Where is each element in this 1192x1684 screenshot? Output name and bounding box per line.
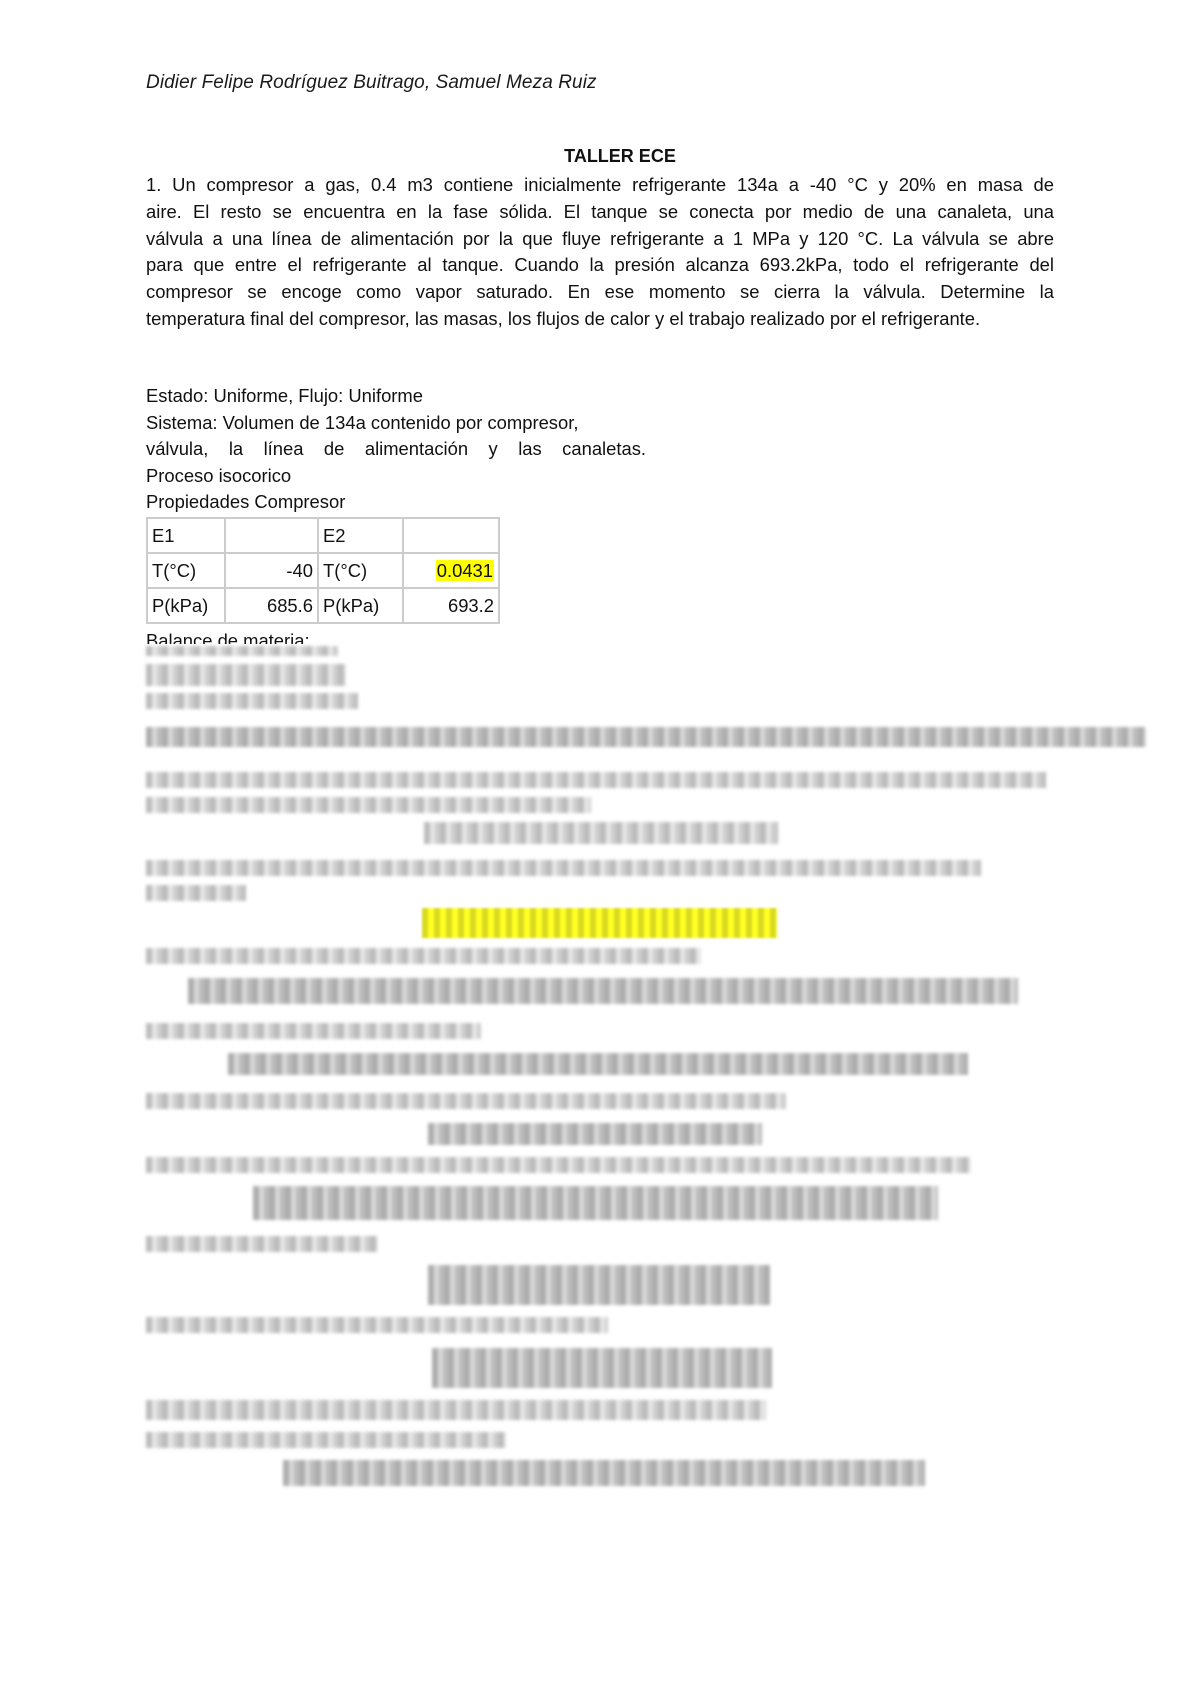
redacted-line bbox=[146, 797, 591, 813]
redacted-equation bbox=[428, 1123, 762, 1145]
analysis-assumptions: Estado: Uniforme, Flujo: Uniforme Sistem… bbox=[146, 383, 646, 516]
redacted-line bbox=[146, 1157, 971, 1173]
redacted-equation bbox=[253, 1186, 938, 1220]
highlighted-final-temperature: 0.0431 bbox=[436, 560, 494, 581]
authors-line: Didier Felipe Rodríguez Buitrago, Samuel… bbox=[146, 72, 597, 94]
redacted-equation bbox=[428, 1265, 770, 1305]
redacted-line bbox=[146, 693, 358, 709]
table-cell: 0.0431 bbox=[403, 553, 499, 588]
redacted-line bbox=[146, 646, 338, 656]
problem-statement: 1. Un compresor a gas, 0.4 m3 contiene i… bbox=[146, 172, 1054, 333]
table-cell: -40 bbox=[225, 553, 318, 588]
redacted-line bbox=[146, 885, 246, 901]
redacted-line bbox=[146, 1400, 766, 1420]
redacted-equation bbox=[146, 664, 346, 686]
table-cell bbox=[225, 518, 318, 553]
problem-line: temperatura final del compresor, las mas… bbox=[146, 306, 1054, 333]
table-cell: T(°C) bbox=[318, 553, 403, 588]
redacted-equation bbox=[146, 727, 1146, 747]
problem-line: para que entre el refrigerante al tanque… bbox=[146, 252, 1054, 279]
table-row: P(kPa) 685.6 P(kPa) 693.2 bbox=[147, 588, 499, 623]
redacted-line bbox=[146, 1023, 481, 1039]
table-cell: 685.6 bbox=[225, 588, 318, 623]
table-cell: E1 bbox=[147, 518, 225, 553]
redacted-line bbox=[146, 948, 701, 964]
process-line: Proceso isocorico bbox=[146, 463, 646, 490]
redacted-equation bbox=[424, 822, 778, 844]
state-flow-line: Estado: Uniforme, Flujo: Uniforme bbox=[146, 383, 646, 410]
redacted-highlighted-result bbox=[422, 908, 777, 938]
document-title: TALLER ECE bbox=[0, 146, 1192, 167]
table-row: T(°C) -40 T(°C) 0.0431 bbox=[147, 553, 499, 588]
table-row: E1 E2 bbox=[147, 518, 499, 553]
redacted-equation bbox=[432, 1348, 772, 1388]
document-page: Didier Felipe Rodríguez Buitrago, Samuel… bbox=[0, 0, 1192, 1684]
redacted-line bbox=[146, 772, 1046, 788]
problem-line: aire. El resto se encuentra en la fase s… bbox=[146, 199, 1054, 226]
redacted-line bbox=[146, 1093, 786, 1109]
table-cell bbox=[403, 518, 499, 553]
table-cell: T(°C) bbox=[147, 553, 225, 588]
balance-heading: Balance de materia: bbox=[146, 630, 310, 644]
table-cell: E2 bbox=[318, 518, 403, 553]
table-cell: P(kPa) bbox=[147, 588, 225, 623]
problem-line: válvula a una línea de alimentación por … bbox=[146, 226, 1054, 253]
redacted-line bbox=[146, 860, 981, 876]
properties-heading: Propiedades Compresor bbox=[146, 489, 646, 516]
redacted-line bbox=[146, 1432, 506, 1448]
table-cell: P(kPa) bbox=[318, 588, 403, 623]
system-line-2: válvula, la línea de alimentación y las … bbox=[146, 436, 646, 463]
table-cell: 693.2 bbox=[403, 588, 499, 623]
system-line-1: Sistema: Volumen de 134a contenido por c… bbox=[146, 410, 646, 437]
redacted-equation bbox=[188, 978, 1018, 1004]
redacted-equation bbox=[283, 1460, 925, 1486]
problem-line: compresor se encoge como vapor saturado.… bbox=[146, 279, 1054, 306]
problem-line: 1. Un compresor a gas, 0.4 m3 contiene i… bbox=[146, 172, 1054, 199]
redacted-line bbox=[146, 1317, 608, 1333]
compressor-properties-table: E1 E2 T(°C) -40 T(°C) 0.0431 P(kPa) 685.… bbox=[146, 517, 500, 624]
redacted-line bbox=[146, 1236, 378, 1252]
redacted-equation bbox=[228, 1053, 968, 1075]
